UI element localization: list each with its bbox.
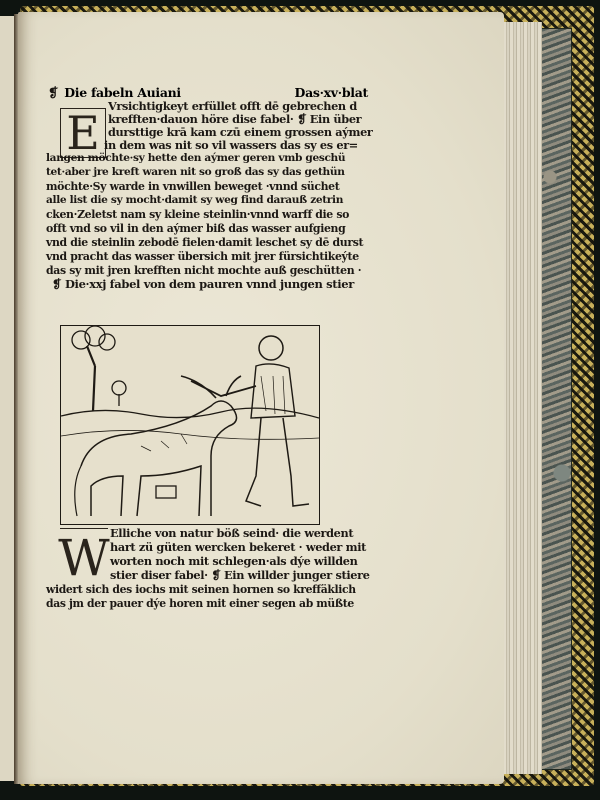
text-line: cken·Zeletst nam sy kleine steinlin·vnnd… [46,208,349,221]
farmer-figure [191,336,309,506]
woodcut-illustration [60,325,320,525]
text-line: vnd die steinlin zebodē fielen·damit les… [46,236,363,249]
text-line: Elliche von natur böß seind· die werdent [110,527,353,540]
decorated-initial-w: W [60,528,108,587]
initial-letter: W [58,529,109,587]
text-line: tet·aber jre kreft waren nit so groß das… [46,166,345,179]
page-edge-stack [500,22,542,774]
woodcut-drawing [61,326,319,524]
folio-number: Das·xv·blat [295,85,368,100]
text-line: das sy mit jren krefften nicht mochte au… [46,264,361,277]
text-line: offt vnd so vil in den aýmer biß das was… [46,222,345,235]
tree-icon [72,326,126,411]
text-line: langen möchte·sy hette den aýmer geren v… [46,152,345,165]
text-line: vnd pracht das wasser übersich mit jrer … [46,250,359,263]
text-line: möchte·Sy warde in vnwillen beweget ·vnn… [46,180,339,193]
pilcrow-icon: ❡ [48,85,58,100]
text-line: in dem was nit so vil wassers das sy es … [104,139,358,152]
text-line: stier diser fabel· ❡ Ein willder junger … [110,569,370,582]
marbled-endpaper [540,28,572,770]
left-page-edge [0,16,15,781]
text-line: hart zü güten wercken bekeret · weder mi… [110,541,366,554]
fable-heading: ❡ Die·xxj fabel von dem pauren vnnd jung… [52,278,354,291]
text-line: das jm der pauer dýe horen mit einer seg… [46,597,354,610]
decorated-initial-e: E [60,108,106,158]
text-line: worten noch mit schlegen·als dýe willden [110,555,357,568]
text-line: alle list die sy mocht·damit sy weg find… [46,194,343,207]
bull-figure [75,376,241,516]
running-head-title: Die fabeln Auiani [64,85,181,100]
text-line: widert sich des iochs mit seinen hornen … [46,583,356,596]
